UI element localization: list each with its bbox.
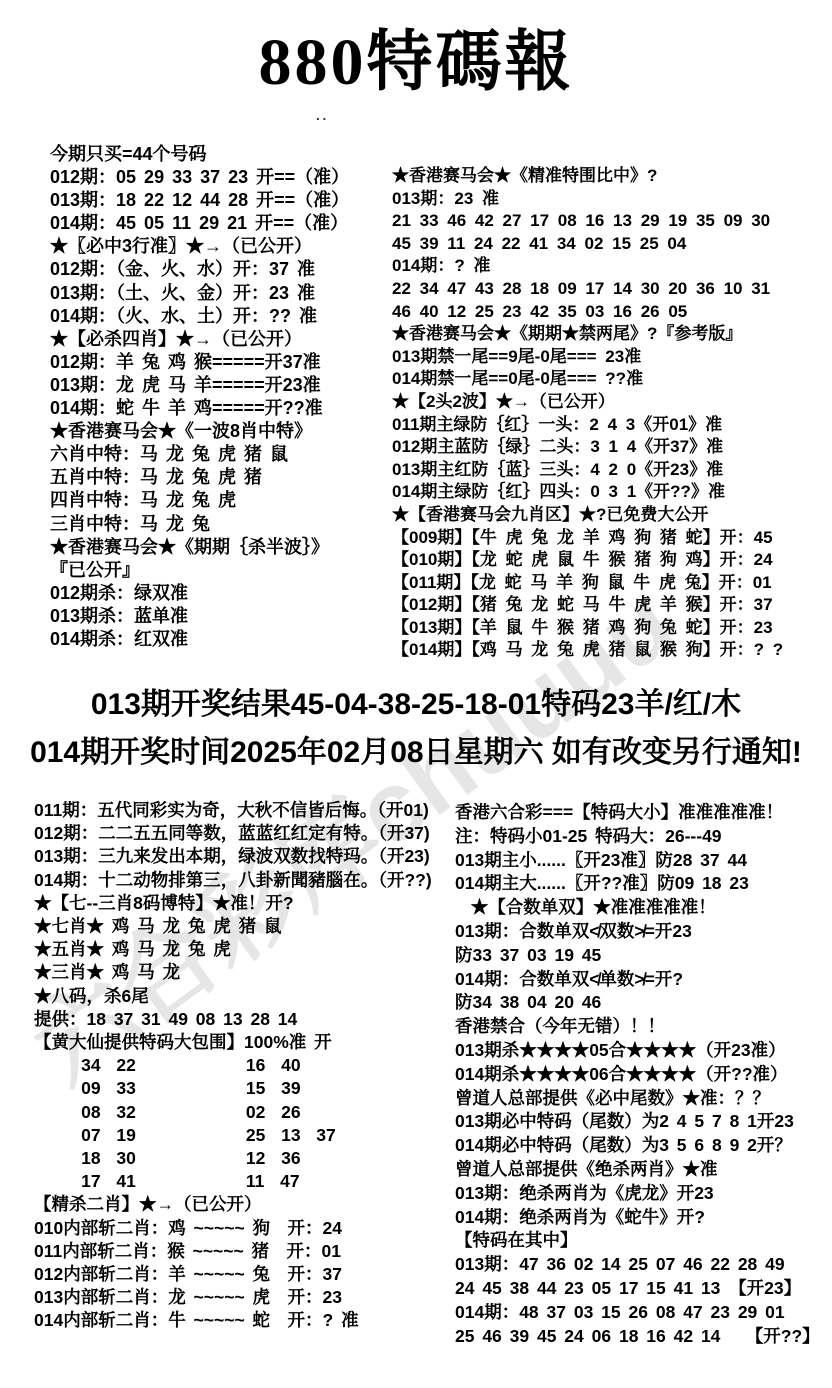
text-line: 013期：合数单双≮双数≯=开23 [455,920,829,944]
number-row: 08 32 02 26 [34,1101,454,1124]
text-line: 提供：18 37 31 49 08 13 28 14 [34,1008,454,1031]
number-row: 25 46 39 45 24 06 18 16 42 14 【开??】 [455,1325,829,1349]
number-row: 24 45 38 44 23 05 17 15 41 13 【开23】 [455,1277,829,1301]
zodiac-row: 【014期】【鸡 马 龙 兔 虎 猪 鼠 猴 狗】开：? ? [392,639,828,662]
text-line: 013期：绝杀两肖为《虎龙》开23 [455,1182,829,1206]
text-line: 013期必中特码（尾数）为2 4 5 7 8 1开23 [455,1110,829,1134]
text-line: 014期：? 准 [392,255,828,278]
section-header: ★【2头2波】★→（已公开） [392,391,828,414]
number-row: 34 22 16 40 [34,1054,454,1077]
bottom-right-column: 香港六合彩===【特码大小】准准准准准！ 注：特码小01-25 特码大：26--… [455,801,829,1348]
number-row: 21 33 46 42 27 17 08 16 13 29 19 35 09 3… [392,210,828,233]
text-line: 013期：23 准 [392,188,828,211]
text-line: 014期：合数单双≮单数≯=开? [455,968,829,992]
text-line: 013期：（土、火、金）开：23 准 [50,282,395,305]
section-header: ★【合数单双】★准准准准准！ [455,896,829,920]
section-header: ★香港赛马会★《一波8肖中特》 [50,420,395,443]
text-line: 013期杀★★★★05合★★★★（开23准） [455,1039,829,1063]
text-line: 六肖中特：马 龙 兔 虎 猪 鼠 [50,443,395,466]
section-header: 【精杀二肖】★→（已公开） [34,1193,454,1216]
text-line: 014期禁一尾==0尾-0尾=== ??准 [392,368,828,391]
text-line: 011内部斩二肖：猴 ~~~~~ 猪 开：01 [34,1240,454,1263]
section-header: ★〖必中3行准〗★→（已公开） [50,235,395,258]
number-row: 014期：48 37 03 15 26 08 47 23 29 01 [455,1301,829,1325]
zodiac-row: 【013期】【羊 鼠 牛 猴 猪 鸡 狗 兔 蛇】开：23 [392,617,828,640]
text-line: 014期杀：红双准 [50,628,395,651]
text-line: 014期：（火、水、土）开：?? 准 [50,305,395,328]
poem-line: 014期：十二动物排第三，八卦新聞豬腦在。（开??) [34,869,454,892]
text-line: 013期主小......〖开23准〗防28 37 44 [455,849,829,873]
zodiac-row: 【012期】【猪 兔 龙 蛇 马 牛 虎 羊 猴】开：37 [392,594,828,617]
section-header: ★【七--三肖8码博特】★准！开? [34,892,454,915]
zodiac-row: 【011期】【龙 蛇 马 羊 狗 鼠 牛 虎 兔】开：01 [392,572,828,595]
text-line: 013期：18 22 12 44 28 开==（准） [50,189,395,212]
section-header: ★【香港赛马会九肖区】★?已免费大公开 [392,504,828,527]
text-line: 011期主绿防｛红｝一头：2 4 3《开01》准 [392,414,828,437]
text-line: 014期：45 05 11 29 21 开==（准） [50,212,395,235]
number-row: 013期：47 36 02 14 25 07 46 22 28 49 [455,1253,829,1277]
top-left-column: 今期只买=44个号码 012期：05 29 33 37 23 开==（准） 01… [50,143,395,651]
number-row: 22 34 47 43 28 18 09 17 14 30 20 36 10 3… [392,278,828,301]
text-line: ★七肖★ 鸡 马 龙 兔 虎 猪 鼠 [34,915,454,938]
text-line: 013期：龙 虎 马 羊=====开23准 [50,374,395,397]
text-line: 012期：羊 兔 鸡 猴=====开37准 [50,351,395,374]
text-line: ★八码，杀6尾 [34,985,454,1008]
next-draw-banner: 014期开奖时间2025年02月08日星期六 如有改变另行通知! [0,727,832,771]
section-header: 曾道人总部提供《必中尾数》★准：？？ [455,1087,829,1111]
text-line: 014内部斩二肖：牛 ~~~~~ 蛇 开：? 准 [34,1309,454,1332]
text-line: 013内部斩二肖：龙 ~~~~~ 虎 开：23 [34,1286,454,1309]
section-header: ★香港赛马会★《期期｛杀半波｝》 [50,536,395,559]
number-row: 09 33 15 39 [34,1077,454,1100]
text-line: 012期：05 29 33 37 23 开==（准） [50,166,395,189]
text-line: 三肖中特：马 龙 兔 [50,513,395,536]
text-line: 014期主大......〖开??准〗防09 18 23 [455,872,829,896]
section-header: ★【必杀四肖】★→（已公开） [50,328,395,351]
zodiac-row: 【010期】【龙 蛇 虎 鼠 牛 猴 猪 狗 鸡】开：24 [392,549,828,572]
text-line: 014期：蛇 牛 羊 鸡=====开??准 [50,397,395,420]
bottom-left-column: 011期：五代同彩实为奇，大秋不信皆后悔。（开01) 012期：二二五五同等数，… [34,799,454,1333]
text-line: 013期杀：蓝单准 [50,605,395,628]
number-row: 07 19 25 13 37 [34,1124,454,1147]
section-header: ★香港赛马会★《精准特围比中》? [392,165,828,188]
text-line: ★五肖★ 鸡 马 龙 兔 虎 [34,938,454,961]
text-line: 012期杀：绿双准 [50,582,395,605]
text-line: ★三肖★ 鸡 马 龙 [34,961,454,984]
title-dots: .. [316,108,329,123]
text-line: 香港禁合（今年无错）！！ [455,1015,829,1039]
section-header: 曾道人总部提供《绝杀两肖》★准 [455,1158,829,1182]
text-line: 防34 38 04 20 46 [455,991,829,1015]
text-line: 010内部斩二肖：鸡 ~~~~~ 狗 开：24 [34,1217,454,1240]
number-row: 18 30 12 36 [34,1147,454,1170]
text-line: 012期主蓝防｛绿｝二头：3 1 4《开37》准 [392,436,828,459]
top-right-column: ★香港赛马会★《精准特围比中》? 013期：23 准 21 33 46 42 2… [392,165,828,662]
poem-line: 012期：二二五五同等数，蓝蓝红红定有特。（开37) [34,822,454,845]
text-line: 防33 37 03 19 45 [455,944,829,968]
text-line: 013期禁一尾==9尾-0尾=== 23准 [392,346,828,369]
text-line: 四肖中特：马 龙 兔 虎 [50,489,395,512]
section-header: 【黄大仙提供特码大包围】100%准 开 [34,1031,454,1054]
number-row: 45 39 11 24 22 41 34 02 15 25 04 [392,233,828,256]
text-line: 五肖中特：马 龙 兔 虎 猪 [50,466,395,489]
section-header: 香港六合彩===【特码大小】准准准准准！ [455,801,829,825]
draw-result-banner: 013期开奖结果45-04-38-25-18-01特码23羊/红/木 [0,679,832,723]
text-line: 『已公开』 [50,559,395,582]
text-line: 012期：（金、火、水）开：37 准 [50,258,395,281]
number-row: 17 41 11 47 [34,1170,454,1193]
number-row: 46 40 12 25 23 42 35 03 16 26 05 [392,301,828,324]
buy-count-line: 今期只买=44个号码 [50,143,395,166]
text-line: 012内部斩二肖：羊 ~~~~~ 兔 开：37 [34,1263,454,1286]
text-line: 013期主红防｛蓝｝三头：4 2 0《开23》准 [392,459,828,482]
page-title: 880特碼報 [0,8,832,103]
poem-line: 013期：三九来发出本期，绿波双数找特玛。（开23) [34,845,454,868]
text-line: 014期主绿防｛红｝四头：0 3 1《开??》准 [392,481,828,504]
section-header: ★香港赛马会★《期期★禁两尾》?『参考版』 [392,323,828,346]
text-line: 014期杀★★★★06合★★★★（开??准） [455,1063,829,1087]
text-line: 注：特码小01-25 特码大：26---49 [455,825,829,849]
poem-line: 011期：五代同彩实为奇，大秋不信皆后悔。（开01) [34,799,454,822]
text-line: 014期必中特码（尾数）为3 5 6 8 9 2开？ [455,1134,829,1158]
text-line: 014期：绝杀两肖为《蛇牛》开? [455,1206,829,1230]
zodiac-row: 【009期】【牛 虎 兔 龙 羊 鸡 狗 猪 蛇】开：45 [392,527,828,550]
section-header: 【特码在其中】 [455,1229,829,1253]
